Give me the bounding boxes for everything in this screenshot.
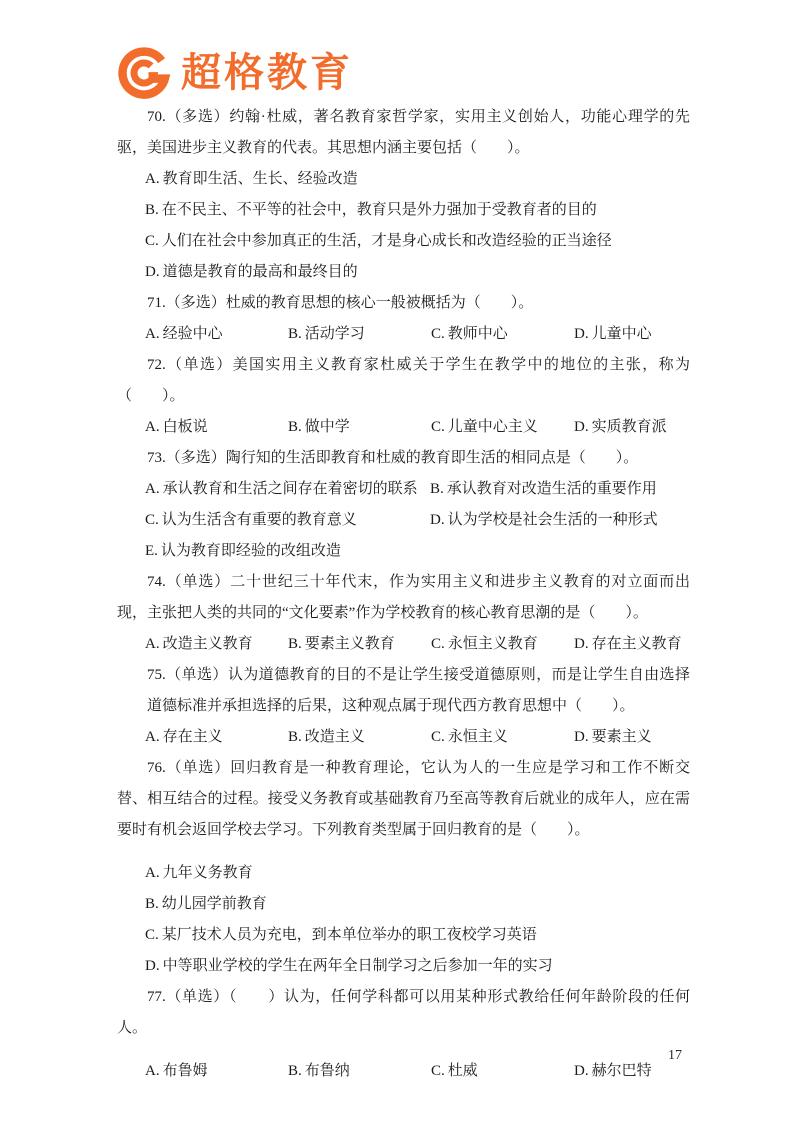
option-text: 幼儿园学前教育	[162, 896, 267, 912]
option-c: C.儿童中心主义	[431, 412, 574, 443]
question-number: 77.	[147, 989, 166, 1005]
question-type: （单选）	[166, 760, 230, 776]
question-block-74: 74.（单选）二十世纪三十年代末，作为实用主义和进步主义教育的对立面而出现，主张…	[117, 567, 690, 660]
question-stem: 75.（单选）认为道德教育的目的不是让学生接受道德原则，而是让学生自由选择道德标…	[147, 660, 690, 722]
question-number: 73.	[147, 450, 166, 466]
option-b: B.活动学习	[288, 319, 431, 350]
option-c: C.某厂技术人员为充电，到本单位举办的职工夜校学习英语	[117, 920, 690, 951]
question-type: （单选）	[166, 989, 229, 1005]
option-row: A.布鲁姆 B.布鲁纳 C.杜威 D.赫尔巴特	[117, 1056, 690, 1087]
question-type: （多选）	[166, 295, 226, 311]
question-stem: 72.（单选）美国实用主义教育家杜威关于学生在教学中的地位的主张，称为（ ）。	[117, 350, 690, 412]
option-text: 认为教育即经验的改组改造	[161, 543, 341, 559]
brand-logo: 超格教育	[116, 44, 353, 102]
option-a: A.经验中心	[145, 319, 288, 350]
option-label: C.	[145, 927, 159, 943]
option-row: C.认为生活含有重要的教育意义 D.认为学校是社会生活的一种形式	[117, 505, 690, 536]
option-d: D.中等职业学校的学生在两年全日制学习之后参加一年的实习	[117, 951, 690, 982]
question-stem: 77.（单选）（ ）认为，任何学科都可以用某种形式教给任何年龄阶段的任何人。	[117, 982, 690, 1044]
page-number: 17	[668, 1046, 682, 1066]
option-row: A.改造主义教育 B.要素主义教育 C.永恒主义教育 D.存在主义教育	[117, 629, 690, 660]
option-label: B.	[145, 202, 159, 218]
question-number: 76.	[147, 760, 166, 776]
question-block-72: 72.（单选）美国实用主义教育家杜威关于学生在教学中的地位的主张，称为（ ）。 …	[117, 350, 690, 443]
option-row: A.白板说 B.做中学 C.儿童中心主义 D.实质教育派	[117, 412, 690, 443]
question-list: 70.（多选）约翰·杜威，著名教育家哲学家，实用主义创始人，功能心理学的先驱，美…	[117, 102, 690, 1087]
option-b: B.要素主义教育	[288, 629, 431, 660]
question-block-76: 76.（单选）回归教育是一种教育理论，它认为人的一生应是学习和工作不断交替、相互…	[117, 753, 690, 982]
option-label: B.	[145, 896, 159, 912]
question-text: 认为道德教育的目的不是让学生接受道德原则，而是让学生自由选择道德标准并承担选择的…	[147, 667, 690, 714]
question-text: 杜威的教育思想的核心一般被概括为（ ）。	[226, 295, 534, 311]
option-d: D.儿童中心	[574, 319, 652, 350]
option-b: B.承认教育对改造生活的重要作用	[430, 474, 657, 505]
option-a: A.改造主义教育	[145, 629, 288, 660]
option-text: 中等职业学校的学生在两年全日制学习之后参加一年的实习	[163, 958, 553, 974]
question-number: 71.	[147, 295, 166, 311]
option-label: E.	[145, 543, 158, 559]
question-type: （多选）	[166, 450, 226, 466]
option-a: A.九年义务教育	[117, 858, 690, 889]
question-number: 75.	[147, 667, 166, 683]
option-b: B.幼儿园学前教育	[117, 889, 690, 920]
question-stem: 71.（多选）杜威的教育思想的核心一般被概括为（ ）。	[117, 288, 690, 319]
option-d: D.实质教育派	[574, 412, 667, 443]
option-row: A.承认教育和生活之间存在着密切的联系 B.承认教育对改造生活的重要作用	[117, 474, 690, 505]
question-block-77: 77.（单选）（ ）认为，任何学科都可以用某种形式教给任何年龄阶段的任何人。 A…	[117, 982, 690, 1087]
question-stem: 76.（单选）回归教育是一种教育理论，它认为人的一生应是学习和工作不断交替、相互…	[117, 753, 690, 846]
option-b: B.做中学	[288, 412, 431, 443]
option-a: A.承认教育和生活之间存在着密切的联系	[145, 474, 430, 505]
option-text: 教育即生活、生长、经验改造	[163, 171, 358, 187]
option-d: D.认为学校是社会生活的一种形式	[430, 505, 658, 536]
option-c: C.永恒主义教育	[431, 629, 574, 660]
brand-logo-icon	[116, 45, 172, 101]
brand-name: 超格教育	[181, 53, 353, 93]
question-block-70: 70.（多选）约翰·杜威，著名教育家哲学家，实用主义创始人，功能心理学的先驱，美…	[117, 102, 690, 288]
option-a: A.白板说	[145, 412, 288, 443]
option-a: A.教育即生活、生长、经验改造	[117, 164, 690, 195]
question-type: （单选）	[166, 357, 233, 373]
option-label: A.	[145, 865, 160, 881]
option-text: 九年义务教育	[163, 865, 253, 881]
option-c: C.认为生活含有重要的教育意义	[145, 505, 430, 536]
question-type: （单选）	[166, 667, 228, 683]
question-number: 74.	[147, 574, 166, 590]
option-d: D.道德是教育的最高和最终目的	[117, 257, 690, 288]
option-label: D.	[145, 264, 160, 280]
question-block-73: 73.（多选）陶行知的生活即教育和杜威的教育即生活的相同点是（ ）。 A.承认教…	[117, 443, 690, 567]
option-b: B.布鲁纳	[288, 1056, 431, 1087]
option-d: D.要素主义	[574, 722, 652, 753]
option-c: C.永恒主义	[431, 722, 574, 753]
option-row: A.存在主义 B.改造主义 C.永恒主义 D.要素主义	[117, 722, 690, 753]
option-c: C.人们在社会中参加真正的生活，才是身心成长和改造经验的正当途径	[117, 226, 690, 257]
question-number: 70.	[147, 109, 166, 125]
option-row: A.经验中心 B.活动学习 C.教师中心 D.儿童中心	[117, 319, 690, 350]
option-a: A.存在主义	[145, 722, 288, 753]
option-label: C.	[145, 233, 159, 249]
option-d: D.存在主义教育	[574, 629, 682, 660]
question-block-71: 71.（多选）杜威的教育思想的核心一般被概括为（ ）。 A.经验中心 B.活动学…	[117, 288, 690, 350]
question-stem: 70.（多选）约翰·杜威，著名教育家哲学家，实用主义创始人，功能心理学的先驱，美…	[117, 102, 690, 164]
option-label: A.	[145, 171, 160, 187]
option-b: B.在不民主、不平等的社会中，教育只是外力强加于受教育者的目的	[117, 195, 690, 226]
option-text: 某厂技术人员为充电，到本单位举办的职工夜校学习英语	[162, 927, 537, 943]
question-number: 72.	[147, 357, 166, 373]
option-e: E.认为教育即经验的改组改造	[117, 536, 690, 567]
option-a: A.布鲁姆	[145, 1056, 288, 1087]
option-text: 道德是教育的最高和最终目的	[163, 264, 358, 280]
question-block-75: 75.（单选）认为道德教育的目的不是让学生接受道德原则，而是让学生自由选择道德标…	[117, 660, 690, 753]
option-d: D.赫尔巴特	[574, 1056, 652, 1087]
document-page: 超格教育 70.（多选）约翰·杜威，著名教育家哲学家，实用主义创始人，功能心理学…	[0, 0, 804, 1137]
option-label: D.	[145, 958, 160, 974]
option-c: C.杜威	[431, 1056, 574, 1087]
option-c: C.教师中心	[431, 319, 574, 350]
question-stem: 73.（多选）陶行知的生活即教育和杜威的教育即生活的相同点是（ ）。	[117, 443, 690, 474]
option-text: 人们在社会中参加真正的生活，才是身心成长和改造经验的正当途径	[162, 233, 612, 249]
question-text: 陶行知的生活即教育和杜威的教育即生活的相同点是（ ）。	[226, 450, 639, 466]
question-type: （单选）	[166, 574, 230, 590]
question-stem: 74.（单选）二十世纪三十年代末，作为实用主义和进步主义教育的对立面而出现，主张…	[117, 567, 690, 629]
question-type: （多选）	[166, 109, 230, 125]
option-text: 在不民主、不平等的社会中，教育只是外力强加于受教育者的目的	[162, 202, 597, 218]
option-b: B.改造主义	[288, 722, 431, 753]
